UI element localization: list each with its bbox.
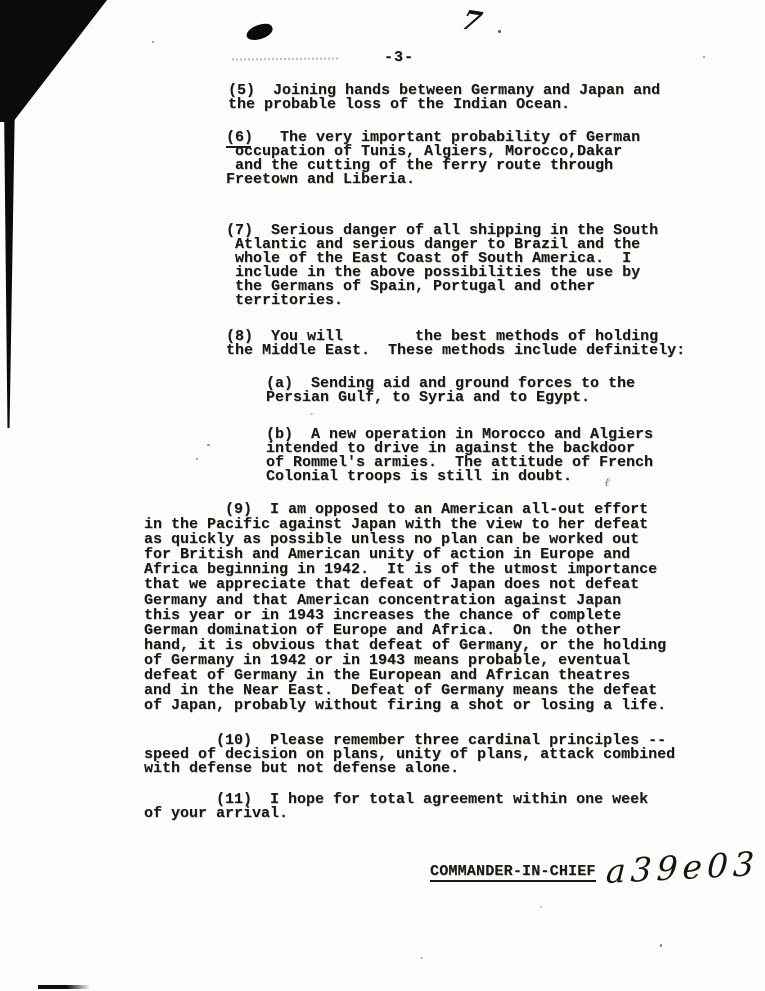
scan-corner-artifact bbox=[0, 0, 110, 125]
paragraph-item-6: (6) The very important probability of Ge… bbox=[226, 131, 640, 187]
text-line: for British and American unity of action… bbox=[144, 547, 666, 562]
scan-dotted-artifact bbox=[232, 57, 338, 60]
scan-bottom-dash-artifact bbox=[38, 985, 90, 989]
text-line: of your arrival. bbox=[144, 807, 648, 821]
paragraph-10: (10) Please remember three cardinal prin… bbox=[144, 734, 675, 776]
page-number: -3- bbox=[384, 51, 414, 65]
speckle bbox=[152, 41, 154, 43]
paragraph-item-8a: (a) Sending aid and ground forces to the… bbox=[266, 377, 635, 405]
signature-commander-in-chief: COMMANDER-IN-CHIEF bbox=[430, 864, 596, 882]
speckle bbox=[196, 458, 198, 460]
paragraph-9: (9) I am opposed to an American all-out … bbox=[144, 502, 666, 713]
paragraph-item-7: (7) Serious danger of all shipping in th… bbox=[226, 224, 658, 308]
text-line: of Japan, probably without firing a shot… bbox=[144, 698, 666, 713]
underline-mark bbox=[226, 146, 251, 148]
paragraph-item-5: (5) Joining hands between Germany and Ja… bbox=[228, 84, 660, 112]
speckle bbox=[310, 413, 313, 415]
text-line: German domination of Europe and Africa. … bbox=[144, 623, 666, 638]
text-line: (9) I am opposed to an American all-out … bbox=[144, 502, 666, 517]
paragraph-item-8b: (b) A new operation in Morocco and Algie… bbox=[266, 428, 653, 484]
text-line: Germany and that American concentration … bbox=[144, 593, 666, 608]
paragraph-11: (11) I hope for total agreement within o… bbox=[144, 793, 648, 821]
paragraph-item-8: (8) You will the best methods of holding… bbox=[226, 330, 685, 358]
text-line: as quickly as possible unless no plan ca… bbox=[144, 532, 666, 547]
handwritten-seven-mark: 7 bbox=[458, 7, 485, 36]
text-line: this year or in 1943 increases the chanc… bbox=[144, 608, 666, 623]
scan-edge-artifact bbox=[2, 98, 15, 428]
speckle bbox=[660, 944, 662, 947]
handwritten-note: a39e03 bbox=[605, 847, 760, 888]
text-line: territories. bbox=[226, 294, 658, 308]
scanned-document-page: 7 ℓ -3- (5) Joining hands between German… bbox=[0, 0, 765, 991]
speckle bbox=[540, 906, 542, 908]
text-line: Freetown and Liberia. bbox=[226, 173, 640, 187]
text-line: Colonial troops is still in doubt. bbox=[266, 470, 653, 484]
text-line: defeat of Germany in the European and Af… bbox=[144, 668, 666, 683]
text-line: hand, it is obvious that defeat of Germa… bbox=[144, 638, 666, 653]
text-line: in the Pacific against Japan with the vi… bbox=[144, 517, 666, 532]
text-line: the probable loss of the Indian Ocean. bbox=[228, 98, 660, 112]
speckle bbox=[207, 444, 210, 446]
text-line: the Middle East. These methods include d… bbox=[226, 344, 685, 358]
speckle bbox=[703, 56, 705, 58]
speckle bbox=[498, 30, 501, 33]
text-line: Persian Gulf, to Syria and to Egypt. bbox=[266, 391, 635, 405]
ink-blob-artifact bbox=[244, 21, 274, 43]
text-line: with defense but not defense alone. bbox=[144, 762, 675, 776]
text-line: Africa beginning in 1942. It is of the u… bbox=[144, 562, 666, 577]
text-line: and in the Near East. Defeat of Germany … bbox=[144, 683, 666, 698]
speckle bbox=[420, 957, 423, 959]
text-line: that we appreciate that defeat of Japan … bbox=[144, 577, 666, 592]
text-line: of Germany in 1942 or in 1943 means prob… bbox=[144, 653, 666, 668]
